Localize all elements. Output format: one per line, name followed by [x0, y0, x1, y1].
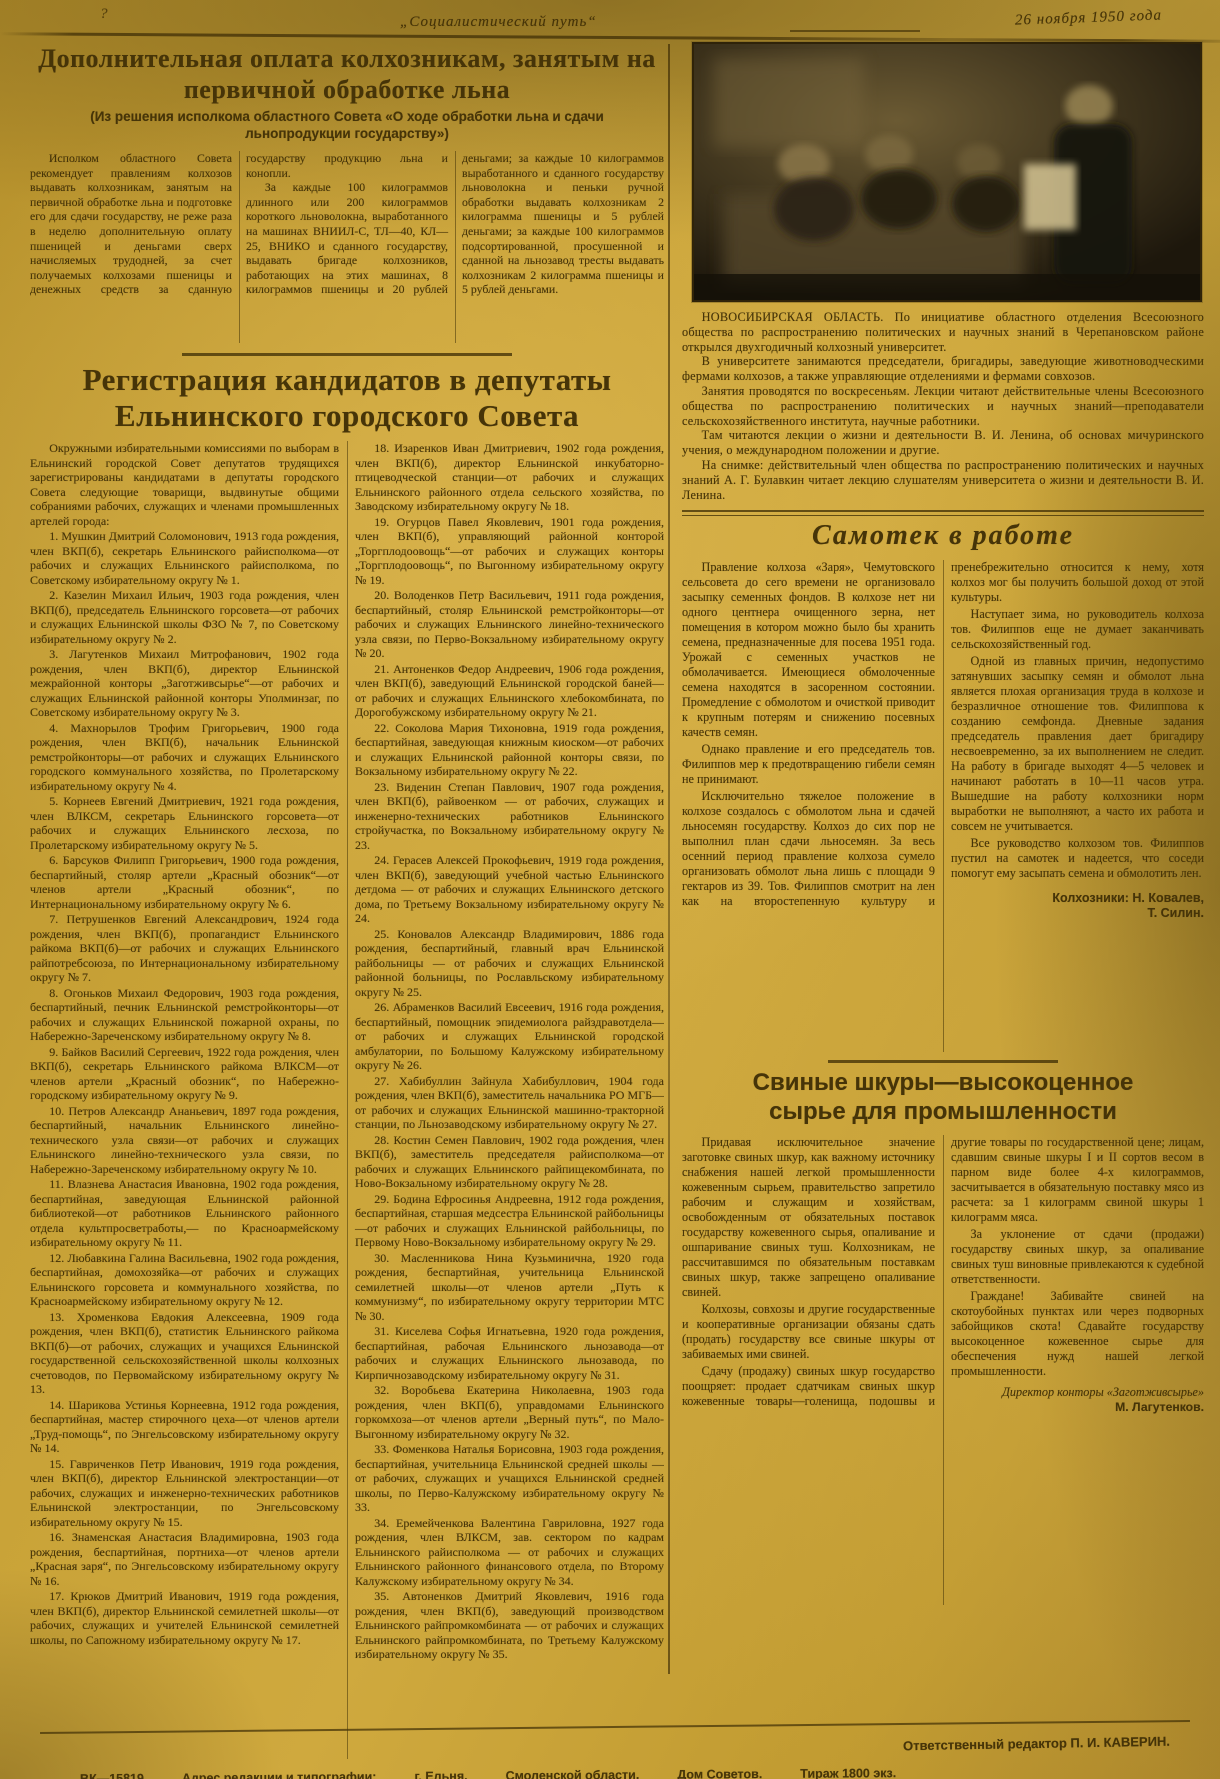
paragraph: 3. Лагутенков Михаил Митрофанович, 1902 …	[30, 647, 339, 720]
paragraph: 34. Еремейченкова Валентина Гавриловна, …	[355, 1516, 664, 1589]
paragraph: 1. Мушкин Дмитрий Соломонович, 1913 года…	[30, 529, 339, 587]
paragraph: 30. Масленникова Нина Кузьминична, 1920 …	[355, 1251, 664, 1324]
paragraph: Однако правление и его председатель тов.…	[682, 742, 935, 787]
samotek-article: Самотек в работе Правление колхоза «Заря…	[682, 520, 1204, 1052]
imprint-region: Смоленской области,	[506, 1768, 640, 1779]
signature-role: Директор конторы «Заготживсырье»	[951, 1385, 1204, 1400]
paragraph: 4. Махнорылов Трофим Григорьевич, 1900 г…	[30, 721, 339, 794]
paragraph: 21. Антоненков Федор Андреевич, 1906 год…	[355, 662, 664, 720]
paragraph: 35. Автоненков Дмитрий Яковлевич, 1916 г…	[355, 1589, 664, 1662]
paragraph: 26. Абраменков Василий Евсеевич, 1916 го…	[355, 1000, 664, 1073]
imprint-house: Дом Советов.	[677, 1767, 762, 1779]
paragraph: 14. Шарикова Устинья Корнеевна, 1912 год…	[30, 1398, 339, 1456]
signature-block: Колхозники: Н. Ковалев, Т. Силин.	[951, 891, 1204, 921]
paragraph: 2. Казелин Михаил Ильич, 1903 года рожде…	[30, 588, 339, 646]
article-title: Самотек в работе	[682, 520, 1204, 552]
paragraph: За уклонение от сдачи (продажи) государс…	[951, 1227, 1204, 1287]
paragraph: Граждане! Забивайте свиней на скотоубойн…	[951, 1289, 1204, 1379]
paragraph: 32. Воробьева Екатерина Николаевна, 1903…	[355, 1383, 664, 1441]
signature-line: Колхозники: Н. Ковалев,	[951, 891, 1204, 906]
article-subtitle: (Из решения исполкома областного Совета …	[70, 109, 624, 143]
imprint-label: Адрес редакции и типографии:	[182, 1770, 377, 1779]
paragraph: 22. Соколова Мария Тихоновна, 1919 года …	[355, 721, 664, 779]
left-page-half: Дополнительная оплата колхозникам, занят…	[30, 42, 664, 1759]
paragraph: Одной из главных причин, недопустимо зат…	[951, 654, 1204, 834]
candidate-entries: 1. Мушкин Дмитрий Соломонович, 1913 года…	[30, 441, 664, 1662]
paragraph: 23. Виденин Степан Павлович, 1907 года р…	[355, 780, 664, 853]
paragraph: 10. Петров Александр Ананьевич, 1897 год…	[30, 1104, 339, 1177]
article-body: Придавая исключительное значение заготов…	[682, 1135, 1204, 1605]
pigskins-article: Свиные шкуры—высокоценное сырье для пром…	[682, 1069, 1204, 1605]
paragraph: 20. Володенков Петр Васильевич, 1911 год…	[355, 588, 664, 661]
center-column-rule	[668, 44, 670, 1674]
imprint-line: ВК—15819 Адрес редакции и типографии: г.…	[80, 1764, 1180, 1779]
signature-name: М. Лагутенков.	[951, 1400, 1204, 1415]
section-divider-rule	[828, 1060, 1058, 1063]
imprint-code: ВК—15819	[80, 1771, 144, 1779]
article-title: Дополнительная оплата колхозникам, занят…	[38, 44, 656, 105]
article-title: Регистрация кандидатов в депутаты Ельнин…	[30, 362, 664, 433]
paragraph: 16. Знаменская Анастасия Владимировна, 1…	[30, 1530, 339, 1588]
editor-line: Ответственный редактор П. И. КАВЕРИН.	[903, 1734, 1170, 1754]
paragraph: На снимке: действительный член общества …	[682, 458, 1204, 502]
paragraph: 12. Любавкина Галина Васильевна, 1902 го…	[30, 1251, 339, 1309]
section-divider-rule	[182, 353, 512, 356]
paragraph: 25. Коновалов Александр Владимирович, 18…	[355, 927, 664, 1000]
right-page-half: НОВОСИБИРСКАЯ ОБЛАСТЬ. По инициативе обл…	[682, 42, 1204, 1605]
intro-paragraph: Окружными избирательными комиссиями по в…	[30, 441, 339, 528]
paragraph: 9. Байков Василий Сергеевич, 1922 года р…	[30, 1045, 339, 1103]
title-line-2: Ельнинского городского Совета	[115, 398, 579, 433]
title-line-1: Свиные шкуры—высокоценное	[753, 1069, 1134, 1096]
photo-caption: НОВОСИБИРСКАЯ ОБЛАСТЬ. По инициативе обл…	[682, 310, 1204, 502]
paragraph: Все руководство колхозом тов. Филиппов п…	[951, 836, 1204, 881]
paragraph: Там читаются лекции о жизни и деятельнос…	[682, 428, 1204, 458]
paragraph: В университете занимаются председатели, …	[682, 354, 1204, 384]
paragraph: 15. Гавриченков Петр Иванович, 1919 года…	[30, 1457, 339, 1530]
paragraph: Колхозы, совхозы и другие государственны…	[682, 1302, 935, 1362]
paragraph: Придавая исключительное значение заготов…	[682, 1135, 935, 1300]
paragraph: 17. Крюков Дмитрий Иванович, 1919 года р…	[30, 1589, 339, 1647]
double-rule	[682, 510, 1204, 516]
paragraph: 5. Корнеев Евгений Дмитриевич, 1921 года…	[30, 794, 339, 852]
masthead-rule-segment	[790, 30, 920, 32]
paragraph: Правление колхоза «Заря», Чемутовского с…	[682, 560, 935, 740]
paragraph: 28. Костин Семен Павлович, 1902 года рож…	[355, 1133, 664, 1191]
paragraph: 13. Хроменкова Евдокия Алексеевна, 1909 …	[30, 1310, 339, 1397]
circulation: Тираж 1800 экз.	[800, 1766, 896, 1779]
candidate-list: Окружными избирательными комиссиями по в…	[30, 441, 664, 1759]
paragraph: 8. Огоньков Михаил Федорович, 1903 года …	[30, 986, 339, 1044]
paragraph: Наступает зима, но руководитель колхоза …	[951, 607, 1204, 652]
paragraph: Занятия проводятся по воскресеньям. Лекц…	[682, 384, 1204, 428]
paragraph: 33. Фоменкова Наталья Борисовна, 1903 го…	[355, 1442, 664, 1515]
paragraph: 19. Огурцов Павел Яковлевич, 1901 года р…	[355, 515, 664, 588]
registration-article: Регистрация кандидатов в депутаты Ельнин…	[30, 362, 664, 1759]
signature-line: Т. Силин.	[951, 906, 1204, 921]
paragraph: 7. Петрушенков Евгений Александрович, 19…	[30, 912, 339, 985]
paragraph: 6. Барсуков Филипп Григорьевич, 1900 год…	[30, 853, 339, 911]
signature-block: Директор конторы «Заготживсырье» М. Лагу…	[951, 1385, 1204, 1415]
newspaper-title: „Социалистический путь“	[400, 14, 597, 31]
flax-article: Дополнительная оплата колхозникам, занят…	[30, 44, 664, 343]
article-body: Исполком областного Совета рекомендует п…	[30, 151, 664, 343]
title-line-1: Регистрация кандидатов в депутаты	[83, 362, 612, 397]
page-corner-mark: ?	[100, 6, 108, 23]
masthead: ? „Социалистический путь“ 26 ноября 1950…	[30, 6, 1190, 36]
issue-date: 26 ноября 1950 года	[1015, 7, 1163, 29]
paragraph: 18. Изаренков Иван Дмитриевич, 1902 года…	[355, 441, 664, 514]
article-body: Правление колхоза «Заря», Чемутовского с…	[682, 560, 1204, 1052]
photo-halftone-image	[694, 44, 1200, 300]
newspaper-page: ? „Социалистический путь“ 26 ноября 1950…	[0, 0, 1220, 1779]
article-title: Свиные шкуры—высокоценное сырье для пром…	[682, 1069, 1204, 1127]
pigskins-paragraphs: Придавая исключительное значение заготов…	[682, 1135, 1204, 1415]
paragraph: 31. Киселева Софья Игнатьевна, 1920 года…	[355, 1324, 664, 1382]
title-line-2: сырье для промышленности	[769, 1098, 1117, 1125]
paragraph: 11. Влазнева Анастасия Ивановна, 1902 го…	[30, 1177, 339, 1250]
imprint-city: г. Ельня,	[414, 1769, 467, 1779]
photo-university-lecture	[692, 42, 1202, 302]
paragraph: 24. Герасев Алексей Прокофьевич, 1919 го…	[355, 853, 664, 926]
samotek-paragraphs: Правление колхоза «Заря», Чемутовского с…	[682, 560, 1204, 921]
paragraph: 29. Бодина Ефросинья Андреевна, 1912 год…	[355, 1192, 664, 1250]
paragraph: НОВОСИБИРСКАЯ ОБЛАСТЬ. По инициативе обл…	[682, 310, 1204, 354]
paragraph: 27. Хабибуллин Зайнула Хабибуллович, 190…	[355, 1074, 664, 1132]
